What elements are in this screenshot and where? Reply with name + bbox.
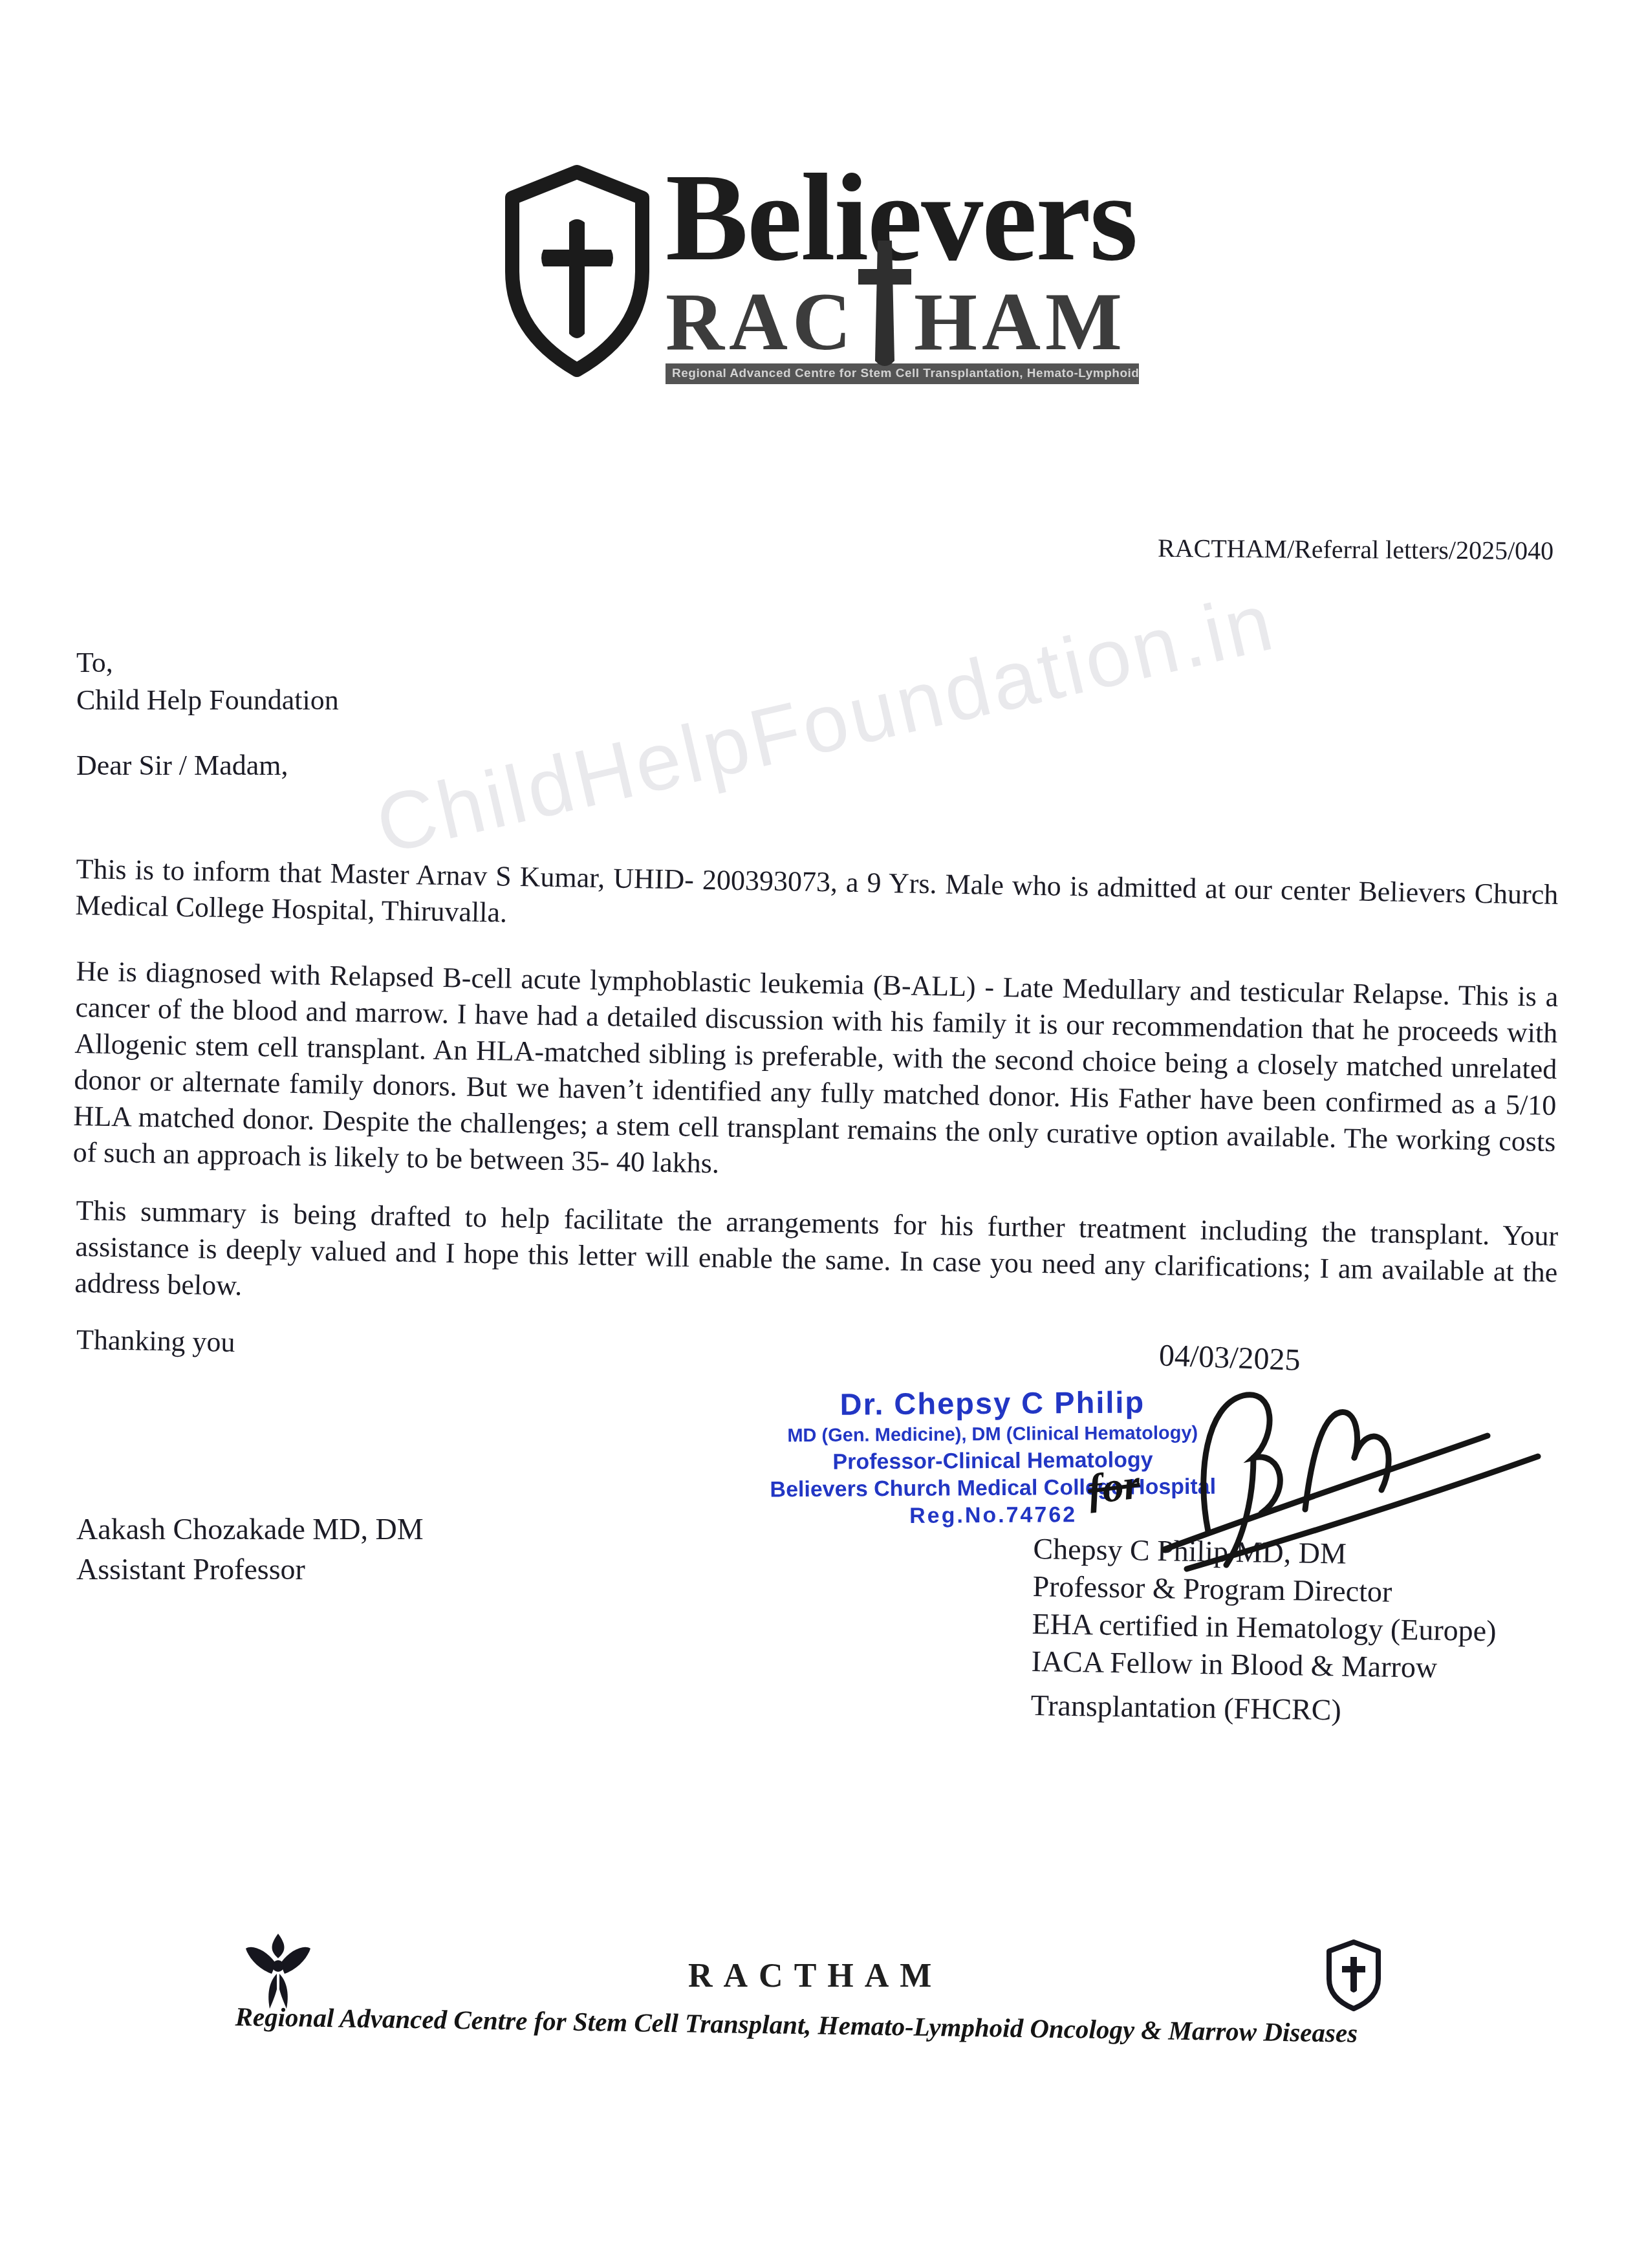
logo-ractham-right: HAM (914, 285, 1127, 361)
cross-icon (858, 241, 911, 369)
closing-line: Thanking you (76, 1323, 235, 1359)
salutation: Dear Sir / Madam, (76, 749, 288, 782)
signer-left-title: Assistant Professor (76, 1550, 424, 1590)
signer-left-name: Aakash Chozakade MD, DM (76, 1509, 424, 1550)
recipient-block: To, Child Help Foundation (76, 644, 339, 719)
signer-left-block: Aakash Chozakade MD, DM Assistant Profes… (76, 1509, 424, 1590)
logo-ractham-left: RAC (666, 285, 856, 361)
logo-ractham: RAC HAM (666, 277, 1139, 361)
signer-right-cert-2: IACA Fellow in Blood & Marrow (1031, 1643, 1496, 1687)
reference-number: RACTHAM/Referral letters/2025/040 (1158, 533, 1554, 566)
logo-wordmark: Believers RAC HAM Regional Advanced Cent… (666, 163, 1139, 384)
paragraph-request: This summary is being drafted to help fa… (74, 1193, 1559, 1327)
shield-cross-icon (498, 163, 656, 380)
referral-letter-page: ChildHelpFoundation.in Believers RAC HAM… (0, 0, 1635, 2268)
recipient-name: Child Help Foundation (76, 682, 339, 719)
to-label: To, (76, 644, 339, 682)
signer-right-cert-3: Transplantation (FHCRC) (1030, 1687, 1495, 1731)
watermark-text: ChildHelpFoundation.in (368, 574, 1284, 872)
footer-ractham-title: RACTHAM (688, 1957, 942, 1995)
letter-date: 04/03/2025 (1158, 1337, 1301, 1378)
paragraph-diagnosis: He is diagnosed with Relapsed B-cell acu… (72, 953, 1559, 1196)
paragraph-patient-info: This is to inform that Master Arnav S Ku… (75, 851, 1559, 949)
footer-tagline: Regional Advanced Centre for Stem Cell T… (235, 2001, 1400, 2049)
hospital-logo: Believers RAC HAM Regional Advanced Cent… (498, 163, 1139, 384)
phoenix-drop-icon (244, 1932, 312, 2013)
footer-shield-cross-icon (1323, 1939, 1384, 2013)
signature-icon (1099, 1376, 1552, 1577)
